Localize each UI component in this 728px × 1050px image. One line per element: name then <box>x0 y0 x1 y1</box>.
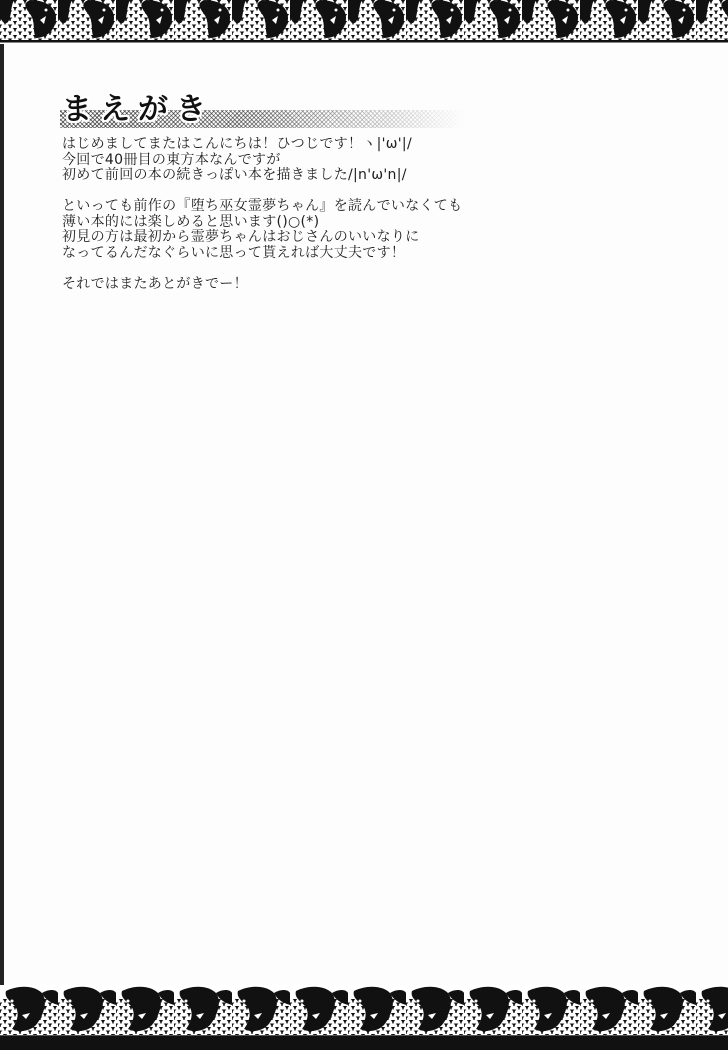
text-line: 初めて前回の本の続きっぽい本を描きました/|n'ω'n|/ <box>62 168 622 184</box>
text-line: 薄い本的には楽しめると思います()○(*) <box>62 215 622 231</box>
foreword-body: はじめましてまたはこんにちは！ひつじです！ヽ|'ω'|/ 今回で40冊目の東方本… <box>62 137 622 308</box>
text-line: 今回で40冊目の東方本なんですが <box>62 153 622 169</box>
paragraph-greeting: はじめましてまたはこんにちは！ひつじです！ヽ|'ω'|/ 今回で40冊目の東方本… <box>62 137 622 184</box>
paragraph-closing: それではまたあとがきでー！ <box>62 277 622 293</box>
heading-banner: まえがき <box>60 92 470 134</box>
text-line: それではまたあとがきでー！ <box>62 277 622 293</box>
text-line: はじめましてまたはこんにちは！ひつじです！ヽ|'ω'|/ <box>62 137 622 153</box>
text-line: なってるんだなぐらいに思って貰えれば大丈夫です！ <box>62 246 622 262</box>
bottom-lace-border <box>0 985 728 1050</box>
text-line: といっても前作の『堕ち巫女霊夢ちゃん』を読んでいなくても <box>62 199 622 215</box>
text-line: 初見の方は最初から霊夢ちゃんはおじさんのいいなりに <box>62 230 622 246</box>
top-lace-border <box>0 0 728 44</box>
page-left-edge <box>0 0 4 1050</box>
paragraph-explanation: といっても前作の『堕ち巫女霊夢ちゃん』を読んでいなくても 薄い本的には楽しめると… <box>62 199 622 261</box>
page-title: まえがき <box>62 92 214 128</box>
